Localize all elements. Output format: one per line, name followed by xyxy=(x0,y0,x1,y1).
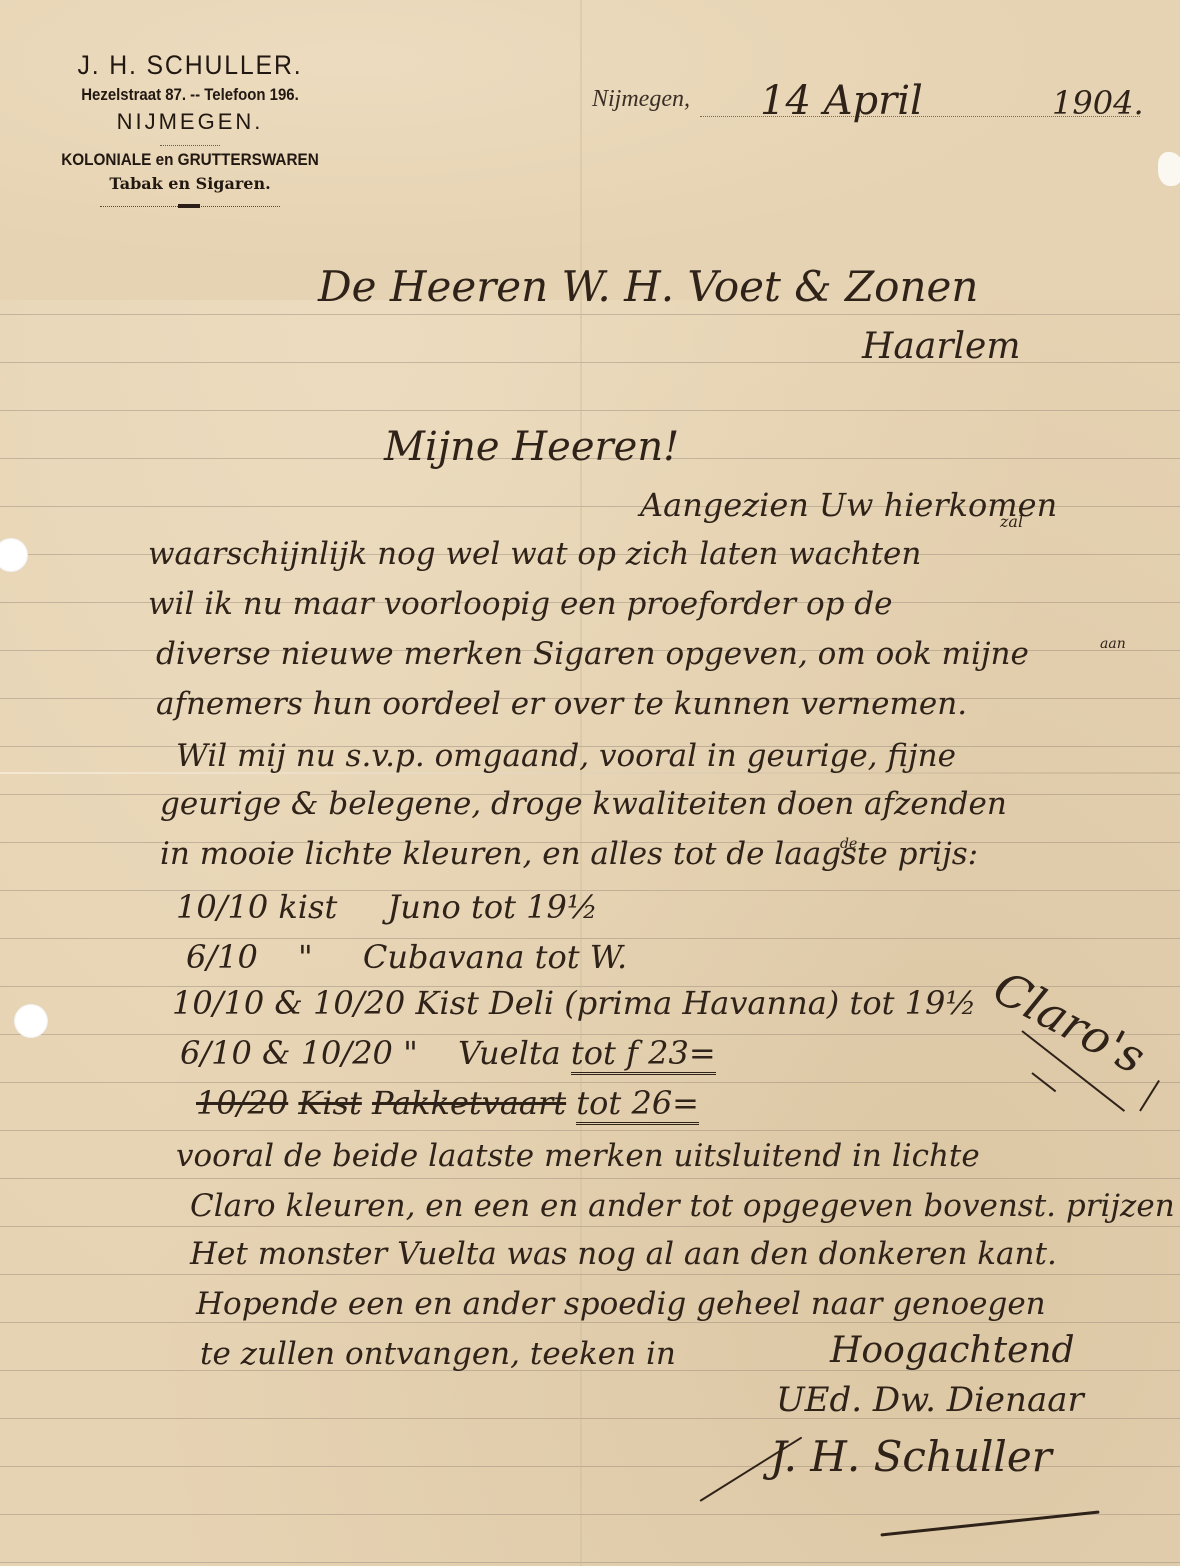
body-line: geurige & belegene, droge kwaliteiten do… xyxy=(160,786,1007,822)
order-price: tot W. xyxy=(535,938,628,976)
order-name: Cubavana xyxy=(363,938,525,976)
order-unit: Kist xyxy=(415,984,478,1022)
body-insertion: zal xyxy=(1000,512,1023,531)
company-address: Hezelstraat 87. -- Telefoon 196. xyxy=(23,85,357,105)
body-line: diverse nieuwe merken Sigaren opgeven, o… xyxy=(156,636,1029,672)
order-item: 6/10 " Cubavana tot W. xyxy=(186,938,627,976)
order-unit: " xyxy=(298,938,313,976)
recipient-city: Haarlem xyxy=(862,326,1020,367)
company-tobacco: Tabak en Sigaren. xyxy=(0,174,380,193)
margin-note-bracket xyxy=(1139,1080,1160,1112)
order-price: tot 19½ xyxy=(471,888,598,926)
company-trade: KOLONIALE en GRUTTERSWAREN xyxy=(19,150,361,170)
letterhead: J. H. SCHULLER. Hezelstraat 87. -- Telef… xyxy=(0,50,380,211)
order-qty: 10/10 xyxy=(176,888,268,926)
margin-note: Claro's xyxy=(985,960,1155,1084)
order-qty: 10/10 & 10/20 xyxy=(172,984,405,1022)
paper-fold-vertical xyxy=(580,0,582,1566)
order-price: tot 26= xyxy=(576,1084,699,1125)
order-name: Deli (prima Havanna) xyxy=(489,984,839,1022)
date-year: 1904. xyxy=(1052,84,1144,122)
order-qty: 6/10 & 10/20 xyxy=(180,1034,393,1072)
punch-hole-icon xyxy=(0,538,28,572)
signature: J. H. Schuller xyxy=(770,1432,1052,1481)
order-price: tot 19½ xyxy=(849,984,976,1022)
order-item-struck: 10/20 Kist Pakketvaart tot 26= xyxy=(196,1084,699,1122)
body-line: Wil mij nu s.v.p. omgaand, vooral in geu… xyxy=(176,738,956,774)
order-qty: 6/10 xyxy=(186,938,258,976)
order-price: tot f 23= xyxy=(571,1034,716,1075)
body-line: Aangezien Uw hierkomen xyxy=(640,486,1057,524)
order-item: 10/10 kist Juno tot 19½ xyxy=(176,888,598,926)
order-name: Pakketvaart xyxy=(372,1084,566,1122)
closing-line: Het monster Vuelta was nog al aan den do… xyxy=(190,1236,1057,1272)
valediction: Hoogachtend xyxy=(830,1330,1075,1371)
recipient-name: De Heeren W. H. Voet & Zonen xyxy=(318,262,978,311)
date-day-month: 14 April xyxy=(760,78,923,124)
closing-line: Claro kleuren, en een en ander tot opgeg… xyxy=(190,1188,1175,1224)
closing-line: te zullen ontvangen, teeken in xyxy=(200,1336,676,1372)
order-unit: " xyxy=(403,1034,418,1072)
body-insertion: aan xyxy=(1100,636,1126,652)
ornament-squiggle xyxy=(160,141,220,146)
order-item: 10/10 & 10/20 Kist Deli (prima Havanna) … xyxy=(172,984,976,1022)
order-item: 6/10 & 10/20 " Vuelta tot f 23= xyxy=(180,1034,716,1072)
paper-tear xyxy=(1158,152,1180,186)
closing-line: Hopende een en ander spoedig geheel naar… xyxy=(196,1286,1046,1322)
salutation: Mijne Heeren! xyxy=(384,424,679,470)
body-line: afnemers hun oordeel er over te kunnen v… xyxy=(156,686,967,722)
order-unit: Kist xyxy=(298,1084,361,1122)
order-unit: kist xyxy=(278,888,337,926)
closing-line: vooral de beide laatste merken uitsluite… xyxy=(176,1138,980,1174)
order-qty: 10/20 xyxy=(196,1084,288,1122)
ornament-rule xyxy=(100,203,280,211)
punch-hole-icon xyxy=(14,1004,48,1038)
order-name: Vuelta xyxy=(458,1034,561,1072)
margin-note-bracket xyxy=(1031,1072,1056,1092)
body-insertion: de xyxy=(840,836,857,852)
body-line: wil ik nu maar voorloopig een proeforder… xyxy=(148,586,893,622)
company-name: J. H. SCHULLER. xyxy=(15,50,365,81)
body-line: waarschijnlijk nog wel wat op zich laten… xyxy=(148,536,921,572)
signature-underline xyxy=(880,1511,1099,1537)
company-city: NIJMEGEN. xyxy=(0,109,380,135)
valediction-servant: UEd. Dw. Dienaar xyxy=(776,1380,1084,1420)
order-name: Juno xyxy=(387,888,460,926)
date-place: Nijmegen, xyxy=(592,86,690,113)
